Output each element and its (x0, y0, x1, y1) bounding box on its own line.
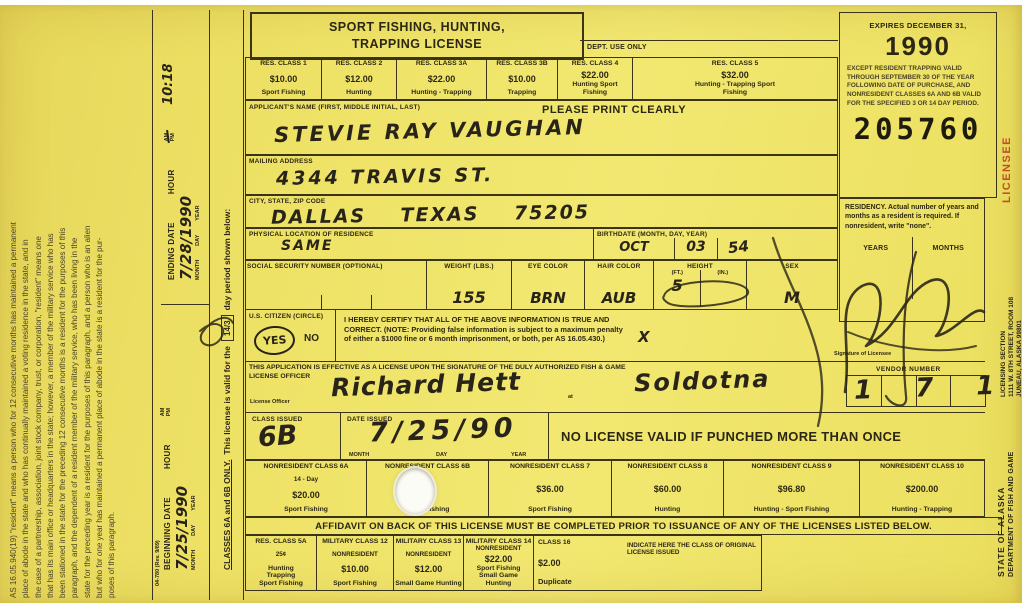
license-officer-signature: Richard Hett (331, 367, 522, 403)
weight-cell: WEIGHT (LBS.) 155 (426, 261, 511, 309)
ending-hour-label: HOUR (167, 169, 176, 194)
applicant-name-value: Stevie Ray Vaughan (274, 115, 586, 147)
birth-year-cell: 54 (717, 238, 837, 259)
military-class-14-cell: MILITARY CLASS 14 NONRESIDENT $22.00 Spo… (463, 536, 533, 590)
bottom-fee-row: RES. CLASS 5A 25¢ Hunting Trapping Sport… (245, 535, 762, 591)
res-class-4-cell: RES. CLASS 4 $22.00 Hunting Sport Fishin… (557, 58, 632, 99)
physical-location-value: Same (281, 238, 333, 254)
license-officer-row: THIS APPLICATION IS EFFECTIVE AS A LICEN… (245, 362, 985, 413)
ssn-divider (321, 295, 322, 309)
nonres-class-8-cell: NONRESIDENT CLASS 8 $60.00 Hunting (611, 461, 723, 516)
eye-color-cell: EYE COLOR BRN (511, 261, 584, 309)
please-print-clearly-label: PLEASE PRINT CLEARLY (542, 104, 686, 116)
military-class-13-cell: MILITARY CLASS 13 NONRESIDENT $12.00 Sma… (393, 536, 463, 590)
resident-definition-legal-text: AS 16.05.940(19) "resident" means a pers… (8, 12, 130, 598)
hair-color-label: HAIR COLOR (597, 263, 640, 270)
period-box: 14/3 (221, 315, 234, 341)
beginning-date-label: BEGINNING DATE (163, 497, 172, 570)
res-class-3a-cell: RES. CLASS 3A $22.00 Hunting - Trapping (396, 58, 486, 99)
beginning-date-value: 7/25/1990 (173, 305, 191, 570)
signature-of-licensee-label: Signature of Licensee (834, 351, 891, 357)
military-class-12-cell: MILITARY CLASS 12 NONRESIDENT $10.00 Spo… (316, 536, 393, 590)
sex-label: SEX (785, 263, 799, 270)
date-issued-cell: DATE ISSUED 7/25/90 MONTH DAY YEAR (341, 413, 549, 460)
us-citizen-label: U.S. CITIZEN (CIRCLE) (249, 313, 323, 320)
date-issued-value: 7/25/90 (369, 412, 519, 448)
dept-use-divider (580, 40, 838, 41)
mailing-address-label: MAILING ADDRESS (249, 158, 313, 165)
issuing-location-value: Soldotna (634, 365, 771, 398)
res-class-5-cell: RES. CLASS 5 $32.00 Hunting - Trapping S… (632, 58, 837, 99)
validity-period-strip: 04-780 (Rev. 9/89) BEGINNING DATE HOUR A… (152, 10, 244, 600)
mailing-address-value: 4344 Travis St. (276, 164, 495, 190)
no-license-punched-warning: NO LICENSE VALID IF PUNCHED MORE THAN ON… (561, 429, 901, 444)
res-class-1-cell: RES. CLASS 1 $10.00 Sport Fishing (246, 58, 321, 99)
ending-date-label: ENDING DATE (167, 222, 176, 280)
res-class-3b-cell: RES. CLASS 3B $10.00 Trapping (486, 58, 557, 99)
license-title-line2: TRAPPING LICENSE (352, 36, 482, 53)
beginning-pm-label: PM (167, 408, 173, 417)
sex-value: M (784, 288, 800, 307)
height-label: HEIGHT (687, 263, 713, 270)
beginning-hour-label: HOUR (163, 444, 172, 469)
nonres-class-10-cell: NONRESIDENT CLASS 10 $200.00 Hunting - T… (859, 461, 984, 516)
birthdate-cell: BIRTHDATE (MONTH, DAY, YEAR) OCT 03 54 (593, 229, 837, 259)
officer-at-label: at (568, 394, 573, 400)
class-issued-row: CLASS ISSUED 6B DATE ISSUED 7/25/90 MONT… (245, 413, 985, 460)
expires-note: EXCEPT RESIDENT TRAPPING VALID THROUGH S… (840, 62, 996, 108)
mailing-address-row: MAILING ADDRESS 4344 Travis St. (245, 155, 838, 195)
residency-box: RESIDENCY. Actual number of years and mo… (839, 198, 985, 322)
height-cell: HEIGHT (FT.) 5 (IN.) (653, 261, 746, 309)
weight-value: 155 (452, 288, 485, 307)
license-title-box: SPORT FISHING, HUNTING, TRAPPING LICENSE (250, 12, 584, 60)
height-ft-value: 5 (672, 276, 683, 295)
eye-color-label: EYE COLOR (528, 263, 568, 270)
vendor-number-label: VENDOR NUMBER (876, 366, 941, 373)
citizen-no-option: NO (304, 333, 319, 344)
classes-6a-6b-note: CLASSES 6A and 6B ONLY. This license is … (209, 10, 244, 600)
birth-month-cell: OCT (594, 238, 674, 259)
state-of-alaska-edge-label: STATE OF ALASKA DEPARTMENT OF FISH AND G… (996, 407, 1020, 577)
res-class-2-cell: RES. CLASS 2 $12.00 Hunting (321, 58, 396, 99)
ending-date-value: 7/28/1990 (177, 10, 195, 280)
eye-color-value: BRN (530, 289, 566, 307)
certify-x-mark: X (638, 328, 650, 346)
beginning-date-group: BEGINNING DATE HOUR AM PM 7/25/1990 MONT… (161, 305, 209, 600)
nonres-class-6a-cell: NONRESIDENT CLASS 6A 14 - Day $20.00 Spo… (246, 461, 366, 516)
ending-date-group: ENDING DATE HOUR AM PM 10:18 7/28/1990 M… (161, 10, 209, 305)
applicant-name-row: APPLICANT'S NAME (FIRST, MIDDLE INITIAL,… (245, 100, 838, 155)
affidavit-text: AFFIDAVIT ON BACK OF THIS LICENSE MUST B… (315, 521, 932, 532)
class-16-duplicate-cell: CLASS 16 $2.00 Duplicate INDICATE HERE T… (533, 536, 761, 590)
applicant-name-label: APPLICANT'S NAME (FIRST, MIDDLE INITIAL,… (249, 104, 420, 111)
nonres-class-9-cell: NONRESIDENT CLASS 9 $96.80 Hunting - Spo… (723, 461, 859, 516)
class-issued-cell: CLASS ISSUED 6B (246, 413, 341, 460)
expires-label: EXPIRES DECEMBER 31, (840, 21, 996, 30)
citizen-yes-option: YES (253, 325, 296, 357)
expires-box: EXPIRES DECEMBER 31, 1990 EXCEPT RESIDEN… (839, 12, 997, 198)
physical-description-row: SOCIAL SECURITY NUMBER (OPTIONAL) WEIGHT… (245, 260, 838, 310)
residence-birthdate-row: PHYSICAL LOCATION OF RESIDENCE Same BIRT… (245, 228, 838, 260)
nonresident-fee-row: NONRESIDENT CLASS 6A 14 - Day $20.00 Spo… (245, 460, 985, 517)
punch-hole (395, 468, 435, 514)
resident-fee-row: RES. CLASS 1 $10.00 Sport Fishing RES. C… (245, 57, 838, 100)
us-citizen-cell: U.S. CITIZEN (CIRCLE) YES NO (246, 310, 336, 362)
expires-year: 1990 (840, 31, 996, 62)
birth-day-cell: 03 (674, 238, 717, 259)
ssn-label: SOCIAL SECURITY NUMBER (OPTIONAL) (247, 263, 383, 270)
dept-use-only-label: DEPT. USE ONLY (587, 44, 647, 51)
weight-label: WEIGHT (LBS.) (444, 263, 494, 270)
license-number: 205760 (840, 112, 996, 146)
res-class-5a-cell: RES. CLASS 5A 25¢ Hunting Trapping Sport… (246, 536, 316, 590)
ending-pm-label: PM (171, 133, 177, 142)
birthdate-label: BIRTHDATE (MONTH, DAY, YEAR) (594, 229, 837, 238)
residency-years-cell: YEARS (840, 237, 912, 299)
height-ft-cell: (FT.) 5 (655, 270, 700, 307)
ssn-divider (371, 295, 372, 309)
ending-hour-value: 10:18 (161, 63, 176, 104)
nonres-class-7-cell: NONRESIDENT CLASS 7 $36.00 Sport Fishing (488, 461, 611, 516)
ending-am-label: AM (165, 133, 171, 142)
license-officer-label: License Officer (250, 399, 290, 405)
licensee-edge-label: LICENSEE (1001, 115, 1016, 203)
residency-instructions: RESIDENCY. Actual number of years and mo… (840, 199, 984, 231)
licensing-section-address: LICENSING SECTION 1111 W. 8TH STREET, RO… (1000, 249, 1024, 397)
physical-location-cell: PHYSICAL LOCATION OF RESIDENCE Same (246, 229, 593, 259)
residency-months-cell: MONTHS (912, 237, 985, 299)
affidavit-bar: AFFIDAVIT ON BACK OF THIS LICENSE MUST B… (245, 517, 1002, 535)
form-number: 04-780 (Rev. 9/89) (155, 540, 161, 586)
class-16-note: INDICATE HERE THE CLASS OF ORIGINAL LICE… (627, 539, 757, 557)
certify-statement: I HEREBY CERTIFY THAT ALL OF THE ABOVE I… (344, 315, 626, 344)
hair-color-cell: HAIR COLOR AUB (584, 261, 653, 309)
license-title-line1: SPORT FISHING, HUNTING, (329, 19, 505, 36)
hair-color-value: AUB (602, 289, 637, 307)
sex-cell: SEX M (746, 261, 837, 309)
city-state-zip-value: Dallas Texas 75205 (271, 201, 590, 229)
city-state-zip-label: CITY, STATE, ZIP CODE (249, 198, 325, 205)
ssn-cell: SOCIAL SECURITY NUMBER (OPTIONAL) (246, 261, 426, 309)
physical-location-label: PHYSICAL LOCATION OF RESIDENCE (249, 231, 374, 238)
height-in-cell: (IN.) (700, 270, 746, 307)
city-state-zip-row: CITY, STATE, ZIP CODE Dallas Texas 75205 (245, 195, 838, 228)
class-issued-value: 6B (257, 420, 298, 454)
